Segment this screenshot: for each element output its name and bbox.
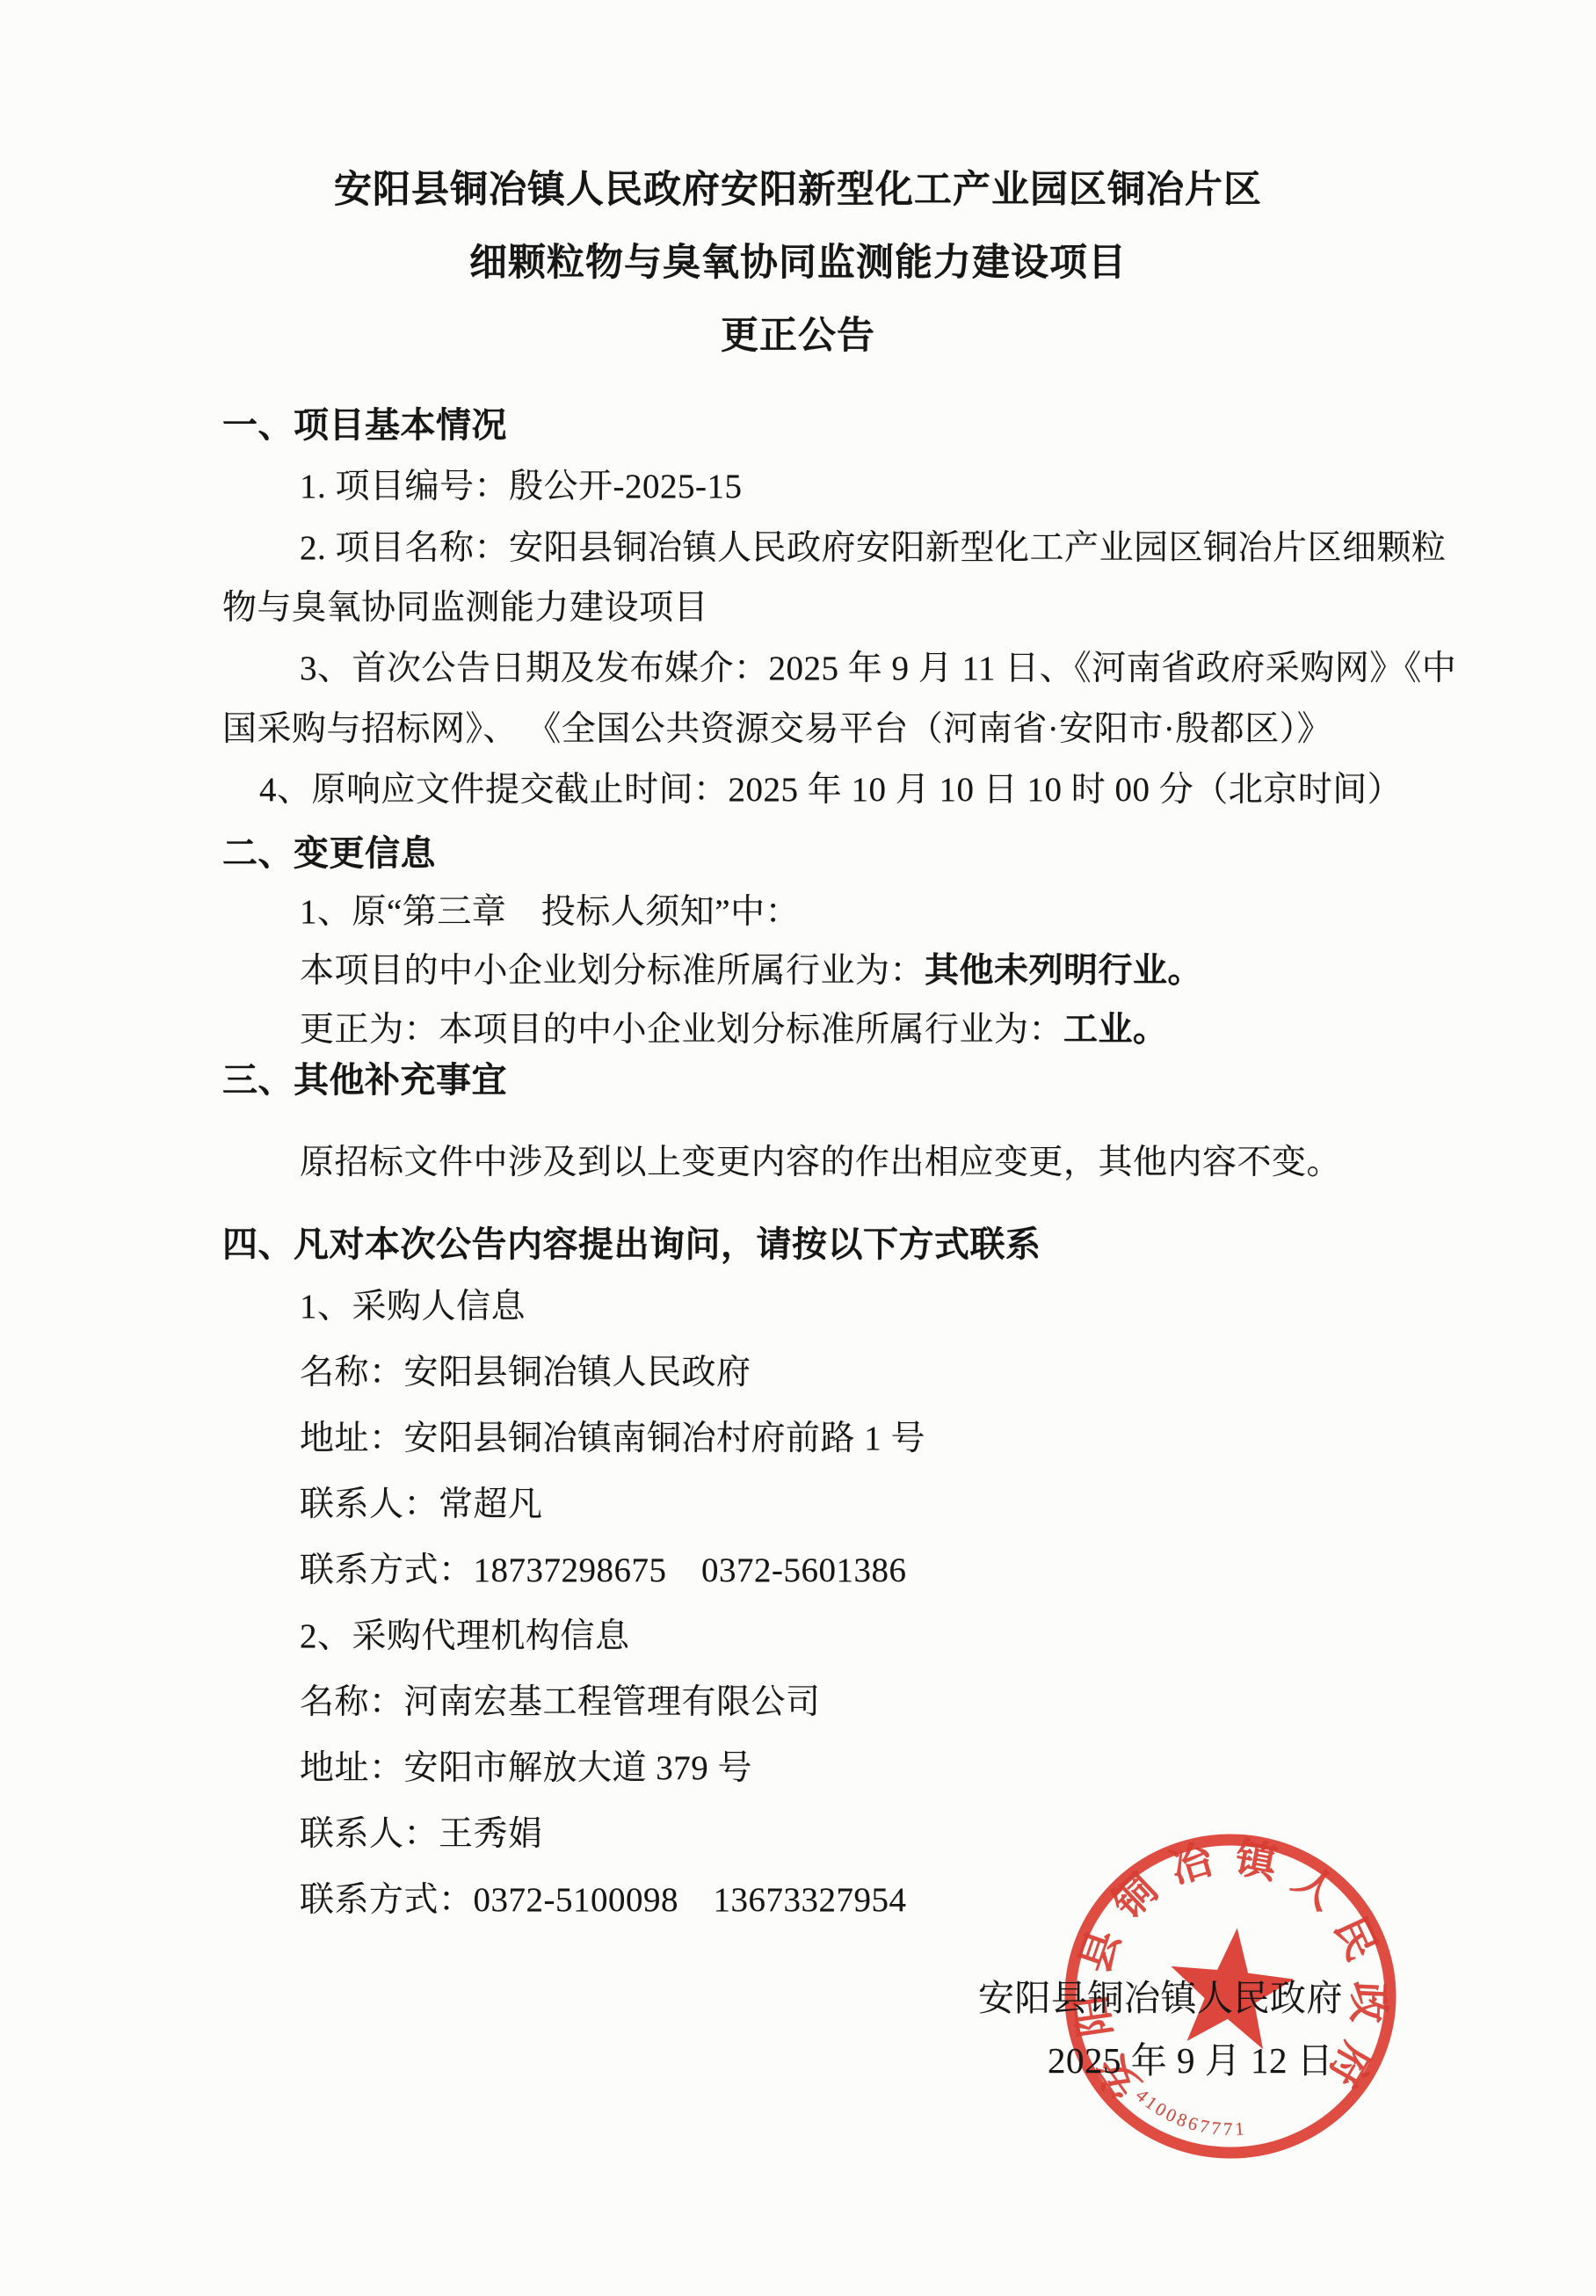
corrected-label: 更正为： <box>300 1011 439 1049</box>
doc-title-line-3: 更正公告 <box>0 316 1596 358</box>
doc-title-line-2: 细颗粒物与臭氧协同监测能力建设项目 <box>0 243 1596 285</box>
section2-heading: 二、变更信息 <box>222 832 436 875</box>
doc-title-line-1: 安阳县铜冶镇人民政府安阳新型化工产业园区铜冶片区 <box>0 170 1596 212</box>
agency-address-line: 地址：安阳市解放大道 379 号 <box>222 1747 752 1790</box>
section3-paragraph: 原招标文件中涉及到以上变更内容的作出相应变更，其他内容不变。 <box>222 1142 1341 1184</box>
purchaser-contact-line: 联系人：常超凡 <box>222 1484 543 1526</box>
agency-title-line: 2、采购代理机构信息 <box>222 1616 630 1658</box>
corrected-industry-line: 更正为：本项目的中小企业划分标准所属行业为：工业。 <box>222 1009 1168 1051</box>
purchaser-phone-line: 联系方式：18737298675 0372-5601386 <box>222 1550 907 1592</box>
section1-heading: 一、项目基本情况 <box>222 404 507 447</box>
project-name-line-2: 物与臭氧协同监测能力建设项目 <box>222 587 708 629</box>
first-announce-line-2: 国采购与招标网》、 《全国公共资源交易平台（河南省·安阳市·殷都区）》 <box>222 708 1331 751</box>
project-number-line: 1. 项目编号：殷公开-2025-15 <box>222 466 742 508</box>
original-industry-prefix: 本项目的中小企业划分标准所属行业为： <box>300 952 925 990</box>
agency-contact-line: 联系人：王秀娟 <box>222 1813 543 1856</box>
original-industry-line: 本项目的中小企业划分标准所属行业为：其他未列明行业。 <box>222 950 1202 992</box>
change-item-line: 1、原“第三章 投标人须知”中： <box>222 891 800 934</box>
corrected-mid: 本项目的中小企业划分标准所属行业为： <box>439 1011 1063 1049</box>
signature-org: 安阳县铜冶镇人民政府 <box>978 1969 1343 2021</box>
purchaser-title-line: 1、采购人信息 <box>222 1286 526 1328</box>
announcement-page: 安阳县铜冶镇人民政府安阳新型化工产业园区铜冶片区 细颗粒物与臭氧协同监测能力建设… <box>0 0 1596 2296</box>
signature-date: 2025 年 9 月 12 日 <box>1048 2031 1333 2083</box>
original-industry-value: 其他未列明行业。 <box>925 952 1202 990</box>
section4-heading: 四、凡对本次公告内容提出询问，请按以下方式联系 <box>222 1224 1041 1266</box>
first-announce-line-1: 3、首次公告日期及发布媒介：2025 年 9 月 11 日、《河南省政府采购网》… <box>222 648 1456 690</box>
project-name-line-1: 2. 项目名称：安阳县铜冶镇人民政府安阳新型化工产业园区铜冶片区细颗粒 <box>222 527 1447 570</box>
purchaser-address-line: 地址：安阳县铜冶镇南铜冶村府前路 1 号 <box>222 1418 925 1460</box>
deadline-line: 4、原响应文件提交截止时间：2025 年 10 月 10 日 10 时 00 分… <box>222 769 1402 811</box>
agency-name-line: 名称：河南宏基工程管理有限公司 <box>222 1682 821 1724</box>
section3-heading: 三、其他补充事宜 <box>222 1059 507 1101</box>
purchaser-name-line: 名称：安阳县铜冶镇人民政府 <box>222 1352 751 1394</box>
agency-phone-line: 联系方式：0372-5100098 13673327954 <box>222 1879 907 1922</box>
corrected-industry-value: 工业。 <box>1063 1011 1168 1049</box>
